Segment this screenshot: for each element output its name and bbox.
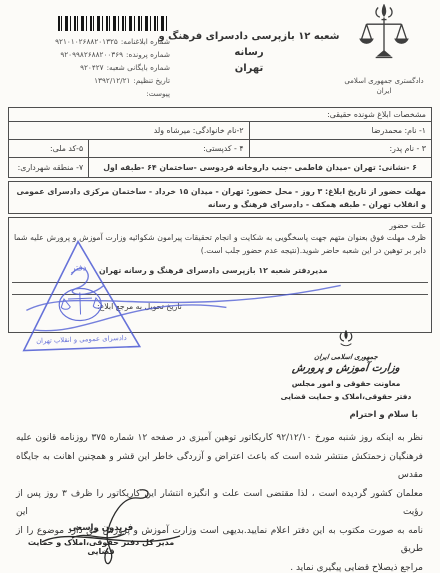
letter-line: نظر به اینکه روز شنبه مورخ ۹۲/۱۲/۱۰ کاری…	[16, 429, 423, 448]
appearance-deadline-box: مهلت حضور از تاریخ ابلاغ: ۳ روز - محل حض…	[8, 181, 432, 214]
recipient-postal-cell: ۴ - کدپستی:	[89, 140, 249, 157]
table-row: ۳ - نام پدر: ۴ - کدپستی: ۵-کد ملی:	[9, 139, 431, 157]
recipient-name-cell: ۱- نام: محمدرضا	[250, 122, 431, 139]
date-row: تاریخ تنظیم:۱۳۹۲/۱۲/۲۱	[6, 74, 170, 87]
case-number-value: ۹۲۰۹۹۸۲۶۸۸۲۰۰۳۶۹	[60, 50, 123, 59]
recipient-father-cell: ۳ - نام پدر:	[250, 140, 431, 157]
table-row: ۱- نام: محمدرضا ۲-نام خانوادگی: میرشاه و…	[9, 121, 431, 139]
branch-title: شعبه ۱۲ بازپرسی دادسرای فرهنگ و رسانه ته…	[158, 29, 340, 77]
notice-number-value: ۹۲۱۰۱۰۲۶۸۸۲۰۱۳۲۵	[55, 37, 118, 46]
date-label: تاریخ تنظیم:	[133, 76, 170, 85]
archive-number-row: شماره بایگانی شعبه:۹۲۰۴۲۷	[6, 61, 170, 74]
archive-number-value: ۹۲۰۴۲۷	[80, 63, 104, 72]
recipient-family-cell: ۲-نام خانوادگی: میرشاه ولد	[9, 122, 250, 139]
letter-line: فرهنگیان زحمتکش منتشر شده است که باعث اع…	[16, 448, 423, 485]
branch-title-line1: شعبه ۱۲ بازپرسی دادسرای فرهنگ و رسانه	[158, 29, 340, 61]
judiciary-emblem-block: دادگستری جمهوری اسلامی ایران	[342, 4, 426, 96]
stamp-bottom-text: دادسرای عمومی و انقلاب تهران	[36, 334, 127, 345]
notice-number-row: شماره ابلاغنامه:۹۲۱۰۱۰۲۶۸۸۲۰۱۳۲۵	[6, 35, 170, 48]
recipient-national-id-cell: ۵-کد ملی:	[9, 140, 89, 157]
ministry-name-line: وزارت آموزش و پرورش	[275, 362, 416, 374]
handwritten-signature-icon	[12, 486, 192, 566]
case-number-label: شماره پرونده:	[126, 50, 170, 59]
case-number-row: شماره پرونده:۹۲۰۹۹۸۲۶۸۸۲۰۰۳۶۹	[6, 48, 170, 61]
attachment-label: پیوست:	[146, 89, 170, 98]
ministry-deputy-line: معاونت حقوقی و امور مجلس	[276, 379, 416, 388]
scales-of-justice-icon	[359, 4, 409, 66]
table-row: ۶ -نشانی: تهران -میدان فاطمی -جنب داروخا…	[9, 157, 431, 177]
ministry-office-line: دفتر حقوقی،املاک و حمایت قضایی	[276, 392, 416, 401]
greeting-line: با سلام و احترام	[349, 410, 418, 420]
branch-title-line2: تهران	[158, 61, 340, 77]
judiciary-caption-line2: ایران	[342, 86, 426, 96]
prosecutor-office-stamp: دفتر دادسرای عمومی و انقلاب تهران	[14, 227, 348, 366]
recipient-table: مشخصات ابلاغ شونده حقیقی: ۱- نام: محمدرض…	[8, 107, 432, 178]
barcode	[58, 16, 170, 31]
table-row: مشخصات ابلاغ شونده حقیقی:	[9, 108, 431, 121]
notice-number-label: شماره ابلاغنامه:	[121, 37, 170, 46]
stamp-top-word: دفتر	[70, 263, 87, 274]
judiciary-caption-line1: دادگستری جمهوری اسلامی	[342, 76, 426, 86]
recipient-address-cell: ۶ -نشانی: تهران -میدان فاطمی -جنب داروخا…	[89, 158, 431, 177]
date-value: ۱۳۹۲/۱۲/۲۱	[94, 76, 130, 85]
recipient-district-cell: ۷- منطقه شهرداری:	[9, 158, 89, 177]
recipient-section-title: مشخصات ابلاغ شونده حقیقی:	[9, 107, 431, 122]
document-meta-block: شماره ابلاغنامه:۹۲۱۰۱۰۲۶۸۸۲۰۱۳۲۵ شماره پ…	[6, 16, 170, 100]
triangle-stamp-icon: دفتر دادسرای عمومی و انقلاب تهران	[14, 227, 348, 362]
attachment-row: پیوست:	[6, 87, 170, 100]
archive-number-label: شماره بایگانی شعبه:	[107, 63, 170, 72]
reason-label: علت حضور	[9, 218, 431, 230]
court-notice-document: دادگستری جمهوری اسلامی ایران شعبه ۱۲ باز…	[0, 0, 440, 573]
